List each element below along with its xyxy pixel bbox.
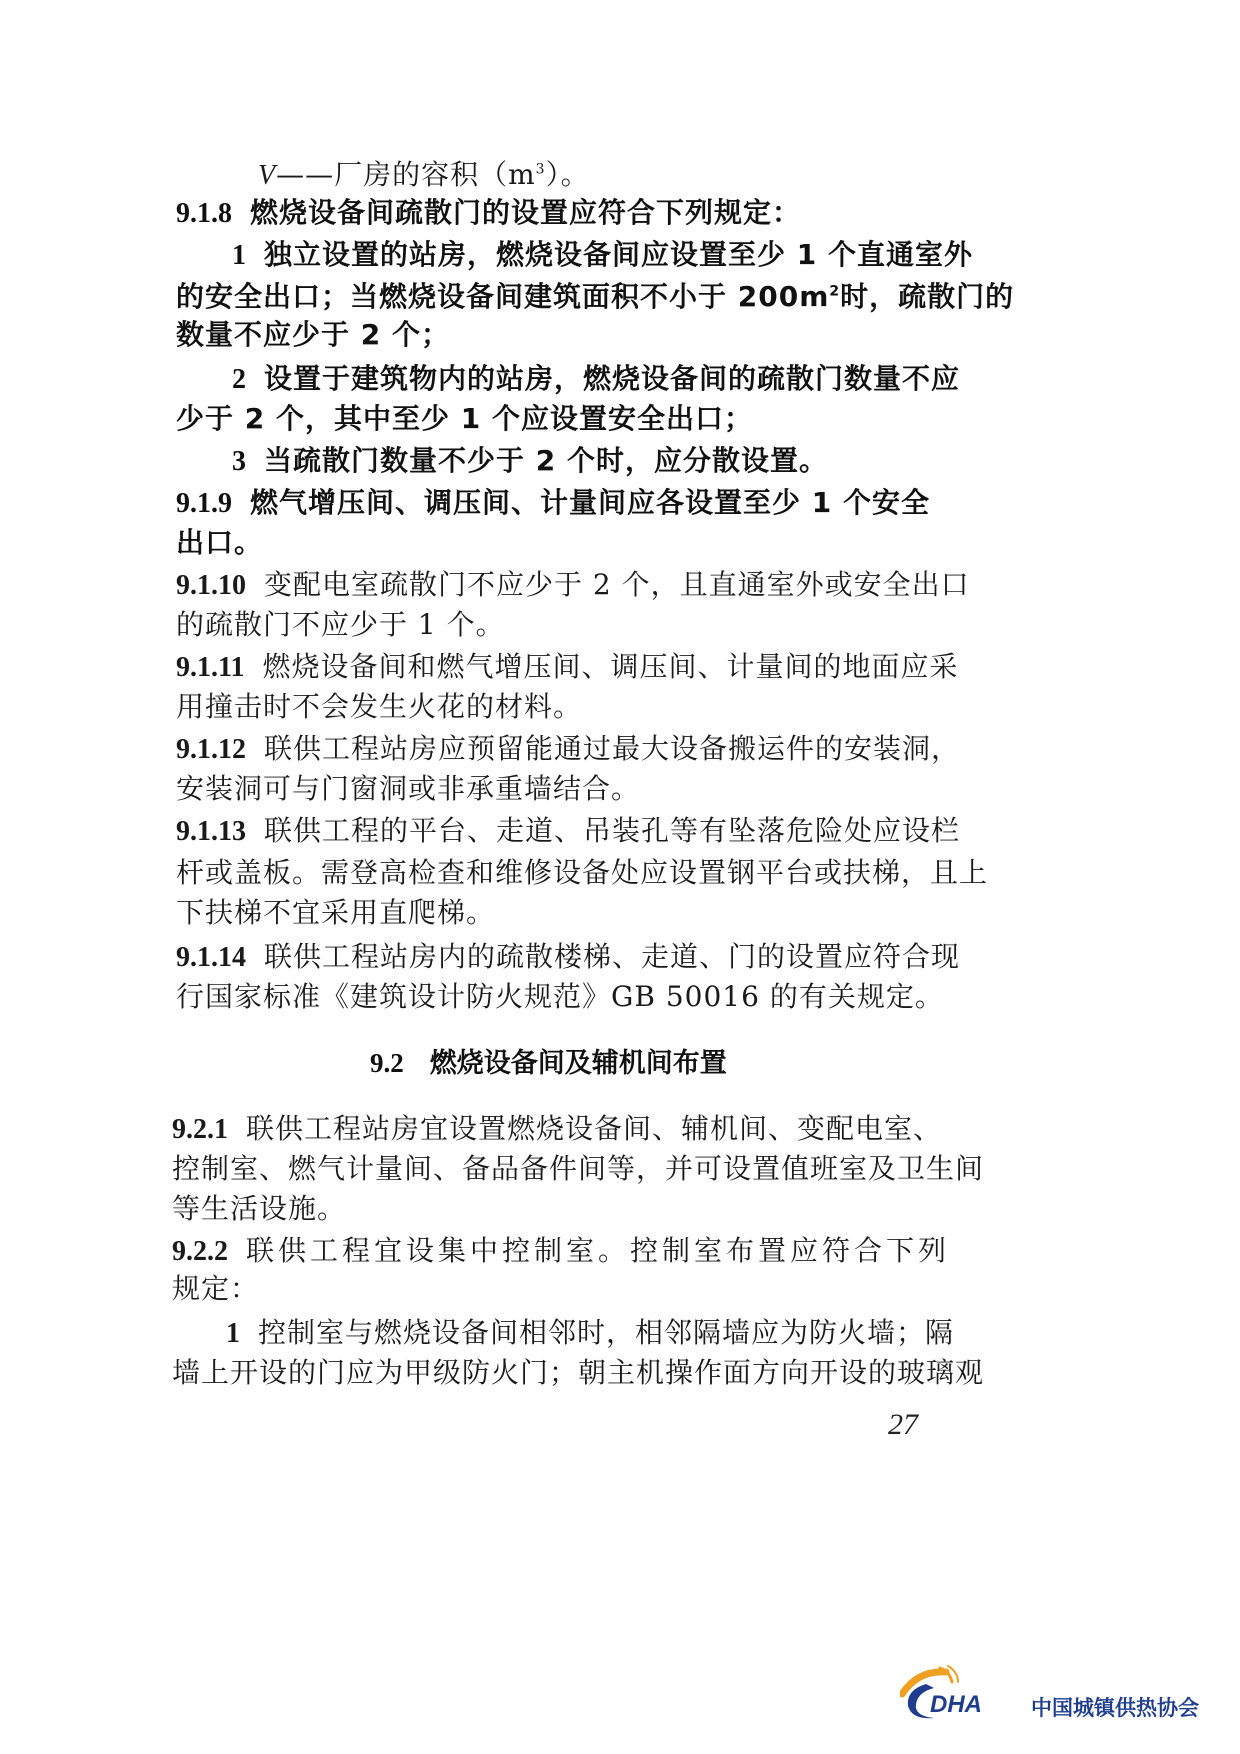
clause-9-1-11: 9.1.11燃烧设备间和燃气增压间、调压间、计量间的地面应采 xyxy=(176,650,958,685)
clause-number: 9.1.8 xyxy=(176,198,232,229)
clause-9-1-8-item-1-line-2: 的安全出口；当燃烧设备间建筑面积不小于 200m2时，疏散门的 xyxy=(176,280,1014,314)
item-number: 3 xyxy=(232,446,246,477)
clause-9-1-12-line-2: 安装洞可与门窗洞或非承重墙结合。 xyxy=(176,772,640,806)
clause-number: 9.1.14 xyxy=(176,942,246,973)
clause-number: 9.2.1 xyxy=(172,1114,228,1145)
item-text: 控制室与燃烧设备间相邻时，相邻隔墙应为防火墙；隔 xyxy=(258,1316,954,1349)
clause-9-1-8-item-2-line-1: 2设置于建筑物内的站房，燃烧设备间的疏散门数量不应 xyxy=(232,362,960,397)
organization-name: 中国城镇供热协会 xyxy=(1031,1692,1199,1722)
clause-9-1-12: 9.1.12联供工程站房应预留能通过最大设备搬运件的安装洞， xyxy=(176,732,960,767)
superscript: 3 xyxy=(536,162,546,178)
variable-tail: ）。 xyxy=(546,158,590,191)
clause-text: 规定： xyxy=(172,1272,259,1305)
clause-9-2-2-line-2: 规定： xyxy=(172,1272,259,1306)
clause-text: 联供工程宜设集中控制室。控制室布置应符合下列 xyxy=(246,1234,950,1267)
superscript: 2 xyxy=(829,284,840,300)
item-text: 少于 2 个，其中至少 1 个应设置安全出口； xyxy=(176,402,753,435)
clause-number: 9.1.12 xyxy=(176,734,246,765)
variable-symbol: V xyxy=(258,160,276,191)
item-text: 时，疏散门的 xyxy=(840,280,1014,313)
clause-text: 杆或盖板。需登高检查和维修设备处应设置钢平台或扶梯，且上 xyxy=(176,856,988,889)
svg-text:DHA: DHA xyxy=(930,1691,982,1718)
item-number: 1 xyxy=(232,240,246,271)
clause-9-1-10: 9.1.10变配电室疏散门不应少于 2 个，且直通室外或安全出口 xyxy=(176,568,970,603)
page-number: 27 xyxy=(888,1408,918,1442)
clause-9-1-8-item-1-line-3: 数量不应少于 2 个； xyxy=(176,318,450,352)
item-text: 当疏散门数量不少于 2 个时，应分散设置。 xyxy=(264,444,828,477)
clause-text: 燃烧设备间疏散门的设置应符合下列规定： xyxy=(250,196,801,229)
clause-9-2-2-item-1-line-1: 1控制室与燃烧设备间相邻时，相邻隔墙应为防火墙；隔 xyxy=(226,1316,954,1351)
item-number: 2 xyxy=(232,364,246,395)
variable-description: 厂房的容积（m xyxy=(334,158,536,191)
clause-9-1-9: 9.1.9燃气增压间、调压间、计量间应各设置至少 1 个安全 xyxy=(176,486,930,521)
document-page: V——厂房的容积（m3）。 9.1.8燃烧设备间疏散门的设置应符合下列规定： 1… xyxy=(0,0,1240,1754)
clause-text: 行国家标准《建筑设计防火规范》GB 50016 的有关规定。 xyxy=(176,980,944,1013)
clause-9-1-11-line-2: 用撞击时不会发生火花的材料。 xyxy=(176,690,582,724)
clause-9-2-2-item-1-line-2: 墙上开设的门应为甲级防火门；朝主机操作面方向开设的玻璃观 xyxy=(172,1356,984,1390)
clause-9-2-1: 9.2.1联供工程站房宜设置燃烧设备间、辅机间、变配电室、 xyxy=(172,1112,942,1147)
clause-9-1-8: 9.1.8燃烧设备间疏散门的设置应符合下列规定： xyxy=(176,196,801,231)
clause-9-1-13-line-2: 杆或盖板。需登高检查和维修设备处应设置钢平台或扶梯，且上 xyxy=(176,856,988,890)
clause-text: 下扶梯不宜采用直爬梯。 xyxy=(176,896,495,929)
item-text: 设置于建筑物内的站房，燃烧设备间的疏散门数量不应 xyxy=(264,362,960,395)
clause-text: 联供工程站房应预留能通过最大设备搬运件的安装洞， xyxy=(264,732,960,765)
clause-number: 9.1.9 xyxy=(176,488,232,519)
section-number: 9.2 xyxy=(370,1048,404,1078)
section-title: 燃烧设备间及辅机间布置 xyxy=(430,1048,727,1079)
clause-text: 燃气增压间、调压间、计量间应各设置至少 1 个安全 xyxy=(250,486,930,519)
clause-9-1-13-line-3: 下扶梯不宜采用直爬梯。 xyxy=(176,896,495,930)
clause-9-1-9-line-2: 出口。 xyxy=(176,526,263,560)
clause-9-1-8-item-3: 3当疏散门数量不少于 2 个时，应分散设置。 xyxy=(232,444,828,479)
section-heading-9-2: 9.2燃烧设备间及辅机间布置 xyxy=(370,1046,727,1081)
clause-9-1-14: 9.1.14联供工程站房内的疏散楼梯、走道、门的设置应符合现 xyxy=(176,940,960,975)
clause-text: 变配电室疏散门不应少于 2 个，且直通室外或安全出口 xyxy=(264,568,970,601)
clause-text: 燃烧设备间和燃气增压间、调压间、计量间的地面应采 xyxy=(262,650,958,683)
item-text: 独立设置的站房，燃烧设备间应设置至少 1 个直通室外 xyxy=(264,238,973,271)
clause-text: 出口。 xyxy=(176,526,263,559)
clause-number: 9.1.13 xyxy=(176,816,246,847)
clause-text: 用撞击时不会发生火花的材料。 xyxy=(176,690,582,723)
clause-9-2-2: 9.2.2联供工程宜设集中控制室。控制室布置应符合下列 xyxy=(172,1234,950,1269)
clause-number: 9.1.11 xyxy=(176,652,244,683)
clause-text: 联供工程站房内的疏散楼梯、走道、门的设置应符合现 xyxy=(264,940,960,973)
clause-text: 联供工程站房宜设置燃烧设备间、辅机间、变配电室、 xyxy=(246,1112,942,1145)
variable-definition: V——厂房的容积（m3）。 xyxy=(258,158,590,193)
item-number: 1 xyxy=(226,1318,240,1349)
clause-9-1-13: 9.1.13联供工程的平台、走道、吊装孔等有坠落危险处应设栏 xyxy=(176,814,960,849)
clause-9-1-8-item-1-line-1: 1独立设置的站房，燃烧设备间应设置至少 1 个直通室外 xyxy=(232,238,950,273)
clause-text: 联供工程的平台、走道、吊装孔等有坠落危险处应设栏 xyxy=(264,814,960,847)
clause-number: 9.1.10 xyxy=(176,570,246,601)
clause-9-1-8-item-2-line-2: 少于 2 个，其中至少 1 个应设置安全出口； xyxy=(176,402,753,436)
item-text: 的安全出口；当燃烧设备间建筑面积不小于 200m xyxy=(176,280,829,313)
item-text: 数量不应少于 2 个； xyxy=(176,318,450,351)
clause-text: 的疏散门不应少于 1 个。 xyxy=(176,608,505,641)
clause-text: 控制室、燃气计量间、备品备件间等，并可设置值班室及卫生间 xyxy=(172,1152,984,1185)
clause-text: 等生活设施。 xyxy=(172,1192,346,1225)
clause-9-2-1-line-3: 等生活设施。 xyxy=(172,1192,346,1226)
item-text: 墙上开设的门应为甲级防火门；朝主机操作面方向开设的玻璃观 xyxy=(172,1356,984,1389)
clause-text: 安装洞可与门窗洞或非承重墙结合。 xyxy=(176,772,640,805)
clause-9-1-14-line-2: 行国家标准《建筑设计防火规范》GB 50016 的有关规定。 xyxy=(176,980,944,1014)
clause-9-2-1-line-2: 控制室、燃气计量间、备品备件间等，并可设置值班室及卫生间 xyxy=(172,1152,984,1186)
clause-number: 9.2.2 xyxy=(172,1236,228,1267)
dash: —— xyxy=(276,158,334,191)
clause-9-1-10-line-2: 的疏散门不应少于 1 个。 xyxy=(176,608,505,642)
